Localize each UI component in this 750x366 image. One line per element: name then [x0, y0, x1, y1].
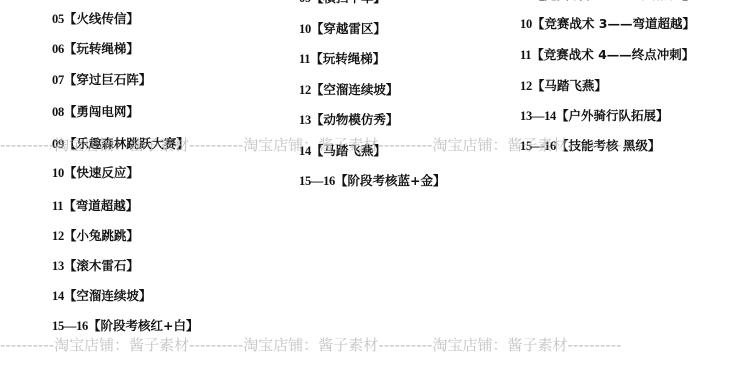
- list-item: 13—14【户外骑行队拓展】: [520, 108, 669, 124]
- item-number: 09: [520, 0, 532, 2]
- list-item: 13【滚木雷石】: [52, 258, 139, 274]
- item-title: 【乐趣森林跳跃大赛】: [64, 136, 189, 151]
- item-number: 15—16: [52, 319, 88, 333]
- item-title: 【技能考核 黑级】: [556, 138, 660, 153]
- item-title: 【横扫千军】: [311, 0, 386, 5]
- list-item: 07【穿过巨石阵】: [52, 72, 151, 88]
- watermark-text: 淘宝店铺：酱子素材: [243, 336, 378, 354]
- item-number: 05: [52, 12, 64, 26]
- item-title: 【马踏飞燕】: [311, 143, 386, 158]
- watermark-dashes: ----------: [567, 336, 621, 354]
- watermark-text: 淘宝店铺：酱子素材: [432, 336, 567, 354]
- list-item: 15—16【技能考核 黑级】: [520, 138, 660, 154]
- list-item: 10【竞赛战术 3——弯道超越】: [520, 16, 695, 32]
- list-item: 08【勇闯电网】: [52, 104, 139, 120]
- item-number: 10: [520, 17, 532, 31]
- item-title: 【阶段考核蓝+金】: [335, 173, 445, 188]
- item-number: 09: [52, 137, 64, 151]
- item-title: 【玩转绳梯】: [310, 51, 385, 66]
- item-number: 14: [299, 144, 311, 158]
- watermark-line: ----------淘宝店铺：酱子素材----------淘宝店铺：酱子素材--…: [0, 336, 750, 354]
- item-title: 【穿过巨石阵】: [64, 72, 152, 87]
- item-title: 【快速反应】: [64, 165, 139, 180]
- item-number: 13: [299, 113, 311, 127]
- list-item: 09【竞赛战术 2——出弯加速】: [520, 0, 695, 3]
- item-title: 【竞赛战术 4——终点冲刺】: [531, 47, 694, 62]
- item-number: 12: [299, 83, 311, 97]
- list-item: 12【小兔跳跳】: [52, 228, 139, 244]
- item-title: 【小兔跳跳】: [64, 228, 139, 243]
- item-title: 【滚木雷石】: [64, 258, 139, 273]
- item-number: 14: [52, 289, 64, 303]
- list-item: 06【玩转绳梯】: [52, 41, 139, 57]
- list-item: 10【穿越雷区】: [299, 21, 386, 37]
- list-item: 12【马踏飞燕】: [520, 78, 607, 94]
- item-number: 13: [52, 259, 64, 273]
- list-item: 09【横扫千军】: [299, 0, 386, 6]
- list-item: 11【弯道超越】: [52, 198, 138, 214]
- item-title: 【弯道超越】: [63, 198, 138, 213]
- list-item: 12【空溜连续坡】: [299, 82, 398, 98]
- item-number: 11: [299, 52, 310, 66]
- list-item: 09【乐趣森林跳跃大赛】: [52, 136, 189, 152]
- watermark-dashes: ----------: [378, 336, 432, 354]
- watermark-dashes: ----------: [189, 336, 243, 354]
- item-number: 07: [52, 73, 64, 87]
- list-item: 15—16【阶段考核红+白】: [52, 318, 199, 334]
- item-number: 15—16: [520, 139, 556, 153]
- item-number: 10: [52, 166, 64, 180]
- list-item: 11【玩转绳梯】: [299, 51, 385, 67]
- item-title: 【穿越雷区】: [311, 21, 386, 36]
- list-item: 15—16【阶段考核蓝+金】: [299, 173, 446, 189]
- item-title: 【空溜连续坡】: [311, 82, 399, 97]
- list-item: 14【马踏飞燕】: [299, 143, 386, 159]
- item-title: 【竞赛战术 3——弯道超越】: [532, 16, 695, 31]
- item-title: 【竞赛战术 2——出弯加速】: [532, 0, 695, 2]
- item-number: 08: [52, 105, 64, 119]
- item-number: 13—14: [520, 109, 556, 123]
- list-item: 11【竞赛战术 4——终点冲刺】: [520, 47, 694, 63]
- item-title: 【户外骑行队拓展】: [556, 108, 669, 123]
- list-item: 14【空溜连续坡】: [52, 288, 151, 304]
- item-title: 【勇闯电网】: [64, 104, 139, 119]
- item-title: 【马踏飞燕】: [532, 78, 607, 93]
- item-title: 【空溜连续坡】: [64, 288, 152, 303]
- item-number: 06: [52, 42, 64, 56]
- item-number: 09: [299, 0, 311, 5]
- item-number: 11: [520, 48, 531, 62]
- list-item: 13【动物模仿秀】: [299, 112, 398, 128]
- watermark-text: 淘宝店铺：酱子素材: [54, 336, 189, 354]
- item-number: 12: [520, 79, 532, 93]
- item-number: 12: [52, 229, 64, 243]
- item-title: 【火线传信】: [64, 11, 139, 26]
- watermark-dashes: ----------: [0, 136, 54, 154]
- list-item: 10【快速反应】: [52, 165, 139, 181]
- item-number: 15—16: [299, 174, 335, 188]
- item-number: 11: [52, 199, 63, 213]
- item-title: 【玩转绳梯】: [64, 41, 139, 56]
- item-title: 【动物模仿秀】: [311, 112, 399, 127]
- list-item: 05【火线传信】: [52, 11, 139, 27]
- watermark-dashes: ----------: [189, 136, 243, 154]
- item-number: 10: [299, 22, 311, 36]
- watermark-dashes: ----------: [378, 136, 432, 154]
- watermark-dashes: ----------: [0, 336, 54, 354]
- item-title: 【阶段考核红+白】: [88, 318, 198, 333]
